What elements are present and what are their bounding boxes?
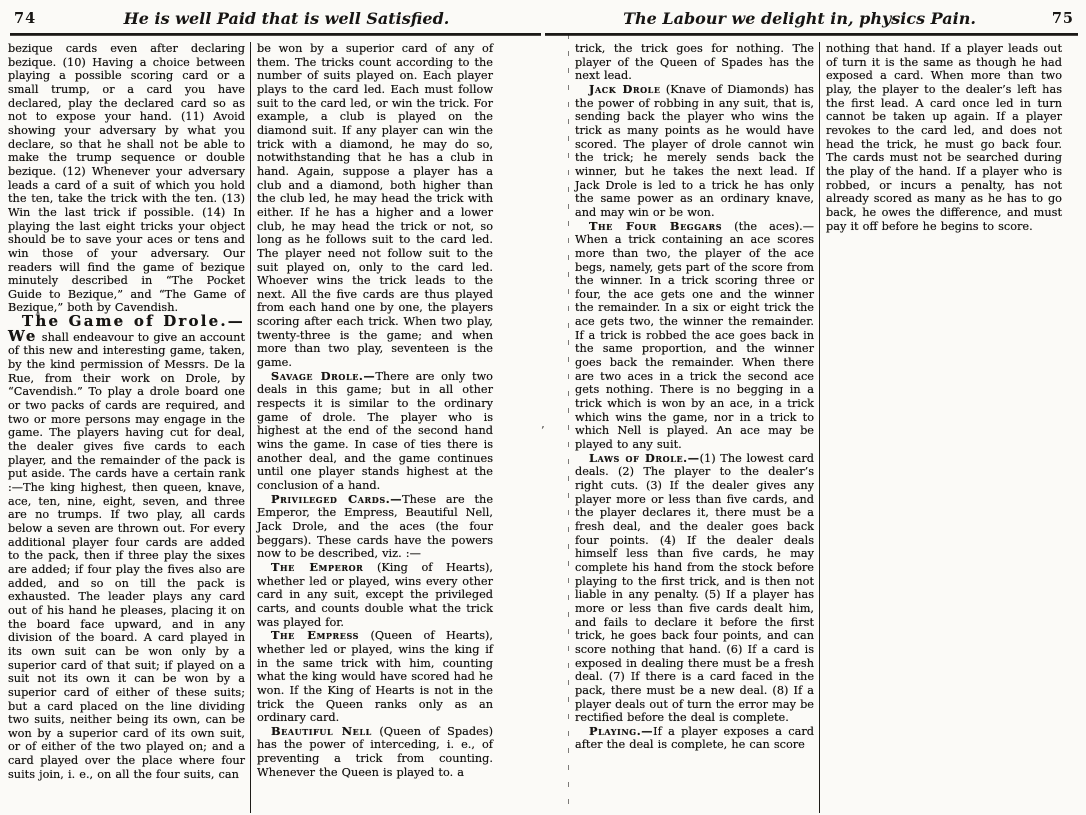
right-page-columns: trick, the trick goes for nothing. The p… xyxy=(543,41,1086,813)
header-rule xyxy=(10,33,541,36)
running-head: He is well Paid that is well Satisfied. xyxy=(0,7,543,28)
paragraph: nothing that hand. If a player leads out… xyxy=(826,42,1062,233)
running-head: The Labour we delight in, physics Pain. xyxy=(543,7,1086,28)
paragraph-text: (1) The lowest card deals. (2) The playe… xyxy=(575,452,814,724)
book-spread: 74 He is well Paid that is well Satisfie… xyxy=(0,0,1086,815)
paragraph: Beautiful Nell (Queen of Spades) has the… xyxy=(257,725,493,780)
page-number: 74 xyxy=(14,10,36,27)
paragraph-text: trick, the trick goes for nothing. The p… xyxy=(575,42,814,82)
paragraph-text: There are only two deals in this game; b… xyxy=(257,370,493,492)
paragraph-text: nothing that hand. If a player leads out… xyxy=(826,42,1062,233)
text-column: bezique cards even after declaring beziq… xyxy=(0,41,250,813)
paragraph-text: (the aces).— When a trick containing an … xyxy=(575,220,814,452)
paragraph-text: (Queen of Hearts), whether led or played… xyxy=(257,629,493,724)
paragraph: be won by a superior card of any of them… xyxy=(257,42,493,370)
header-rule xyxy=(545,33,1078,36)
paragraph-lead: The Four Beggars xyxy=(589,219,722,233)
paragraph: Playing.—If a player exposes a card afte… xyxy=(575,725,814,752)
paragraph: trick, the trick goes for nothing. The p… xyxy=(575,42,814,83)
paragraph-lead: Privileged Cards.— xyxy=(271,492,402,506)
paragraph: Laws of Drole.—(1) The lowest card deals… xyxy=(575,452,814,725)
paragraph-lead: Laws of Drole.— xyxy=(589,451,700,465)
paragraph-lead: The Emperor xyxy=(271,560,363,574)
stray-ink-mark: ’ xyxy=(541,424,545,437)
paragraph-lead: Beautiful Nell xyxy=(271,724,372,738)
paragraph: The Emperor (King of Hearts), whether le… xyxy=(257,561,493,629)
text-column: trick, the trick goes for nothing. The p… xyxy=(543,41,819,813)
paragraph-lead: Playing.— xyxy=(589,724,653,738)
paragraph-lead: Jack Drole xyxy=(589,82,661,96)
left-page-columns: bezique cards even after declaring beziq… xyxy=(0,41,543,813)
left-page-header: 74 He is well Paid that is well Satisfie… xyxy=(0,7,543,31)
left-page: 74 He is well Paid that is well Satisfie… xyxy=(0,0,543,815)
paragraph: The Four Beggars (the aces).— When a tri… xyxy=(575,220,814,452)
page-number: 75 xyxy=(1052,10,1074,27)
paragraph-text: be won by a superior card of any of them… xyxy=(257,42,493,369)
paragraph: The Game of Drole.—We shall endeavour to… xyxy=(8,315,245,781)
right-page-header: 75 The Labour we delight in, physics Pai… xyxy=(543,7,1086,31)
paragraph: Privileged Cards.—These are the Emperor,… xyxy=(257,493,493,561)
page-edge-rule xyxy=(568,34,569,805)
paragraph-text: (Knave of Diamonds) has the power of rob… xyxy=(575,83,814,219)
paragraph: The Empress (Queen of Hearts), whether l… xyxy=(257,629,493,725)
paragraph: Jack Drole (Knave of Diamonds) has the p… xyxy=(575,83,814,220)
paragraph-lead: Savage Drole.— xyxy=(271,369,375,383)
text-column: be won by a superior card of any of them… xyxy=(251,41,501,813)
right-page: 75 The Labour we delight in, physics Pai… xyxy=(543,0,1086,815)
paragraph-text: bezique cards even after declaring beziq… xyxy=(8,42,245,314)
paragraph: Savage Drole.—There are only two deals i… xyxy=(257,370,493,493)
paragraph: bezique cards even after declaring beziq… xyxy=(8,42,245,315)
paragraph-lead: The Empress xyxy=(271,628,359,642)
text-column: nothing that hand. If a player leads out… xyxy=(820,41,1070,813)
paragraph-text: shall endeavour to give an account of th… xyxy=(8,331,245,781)
